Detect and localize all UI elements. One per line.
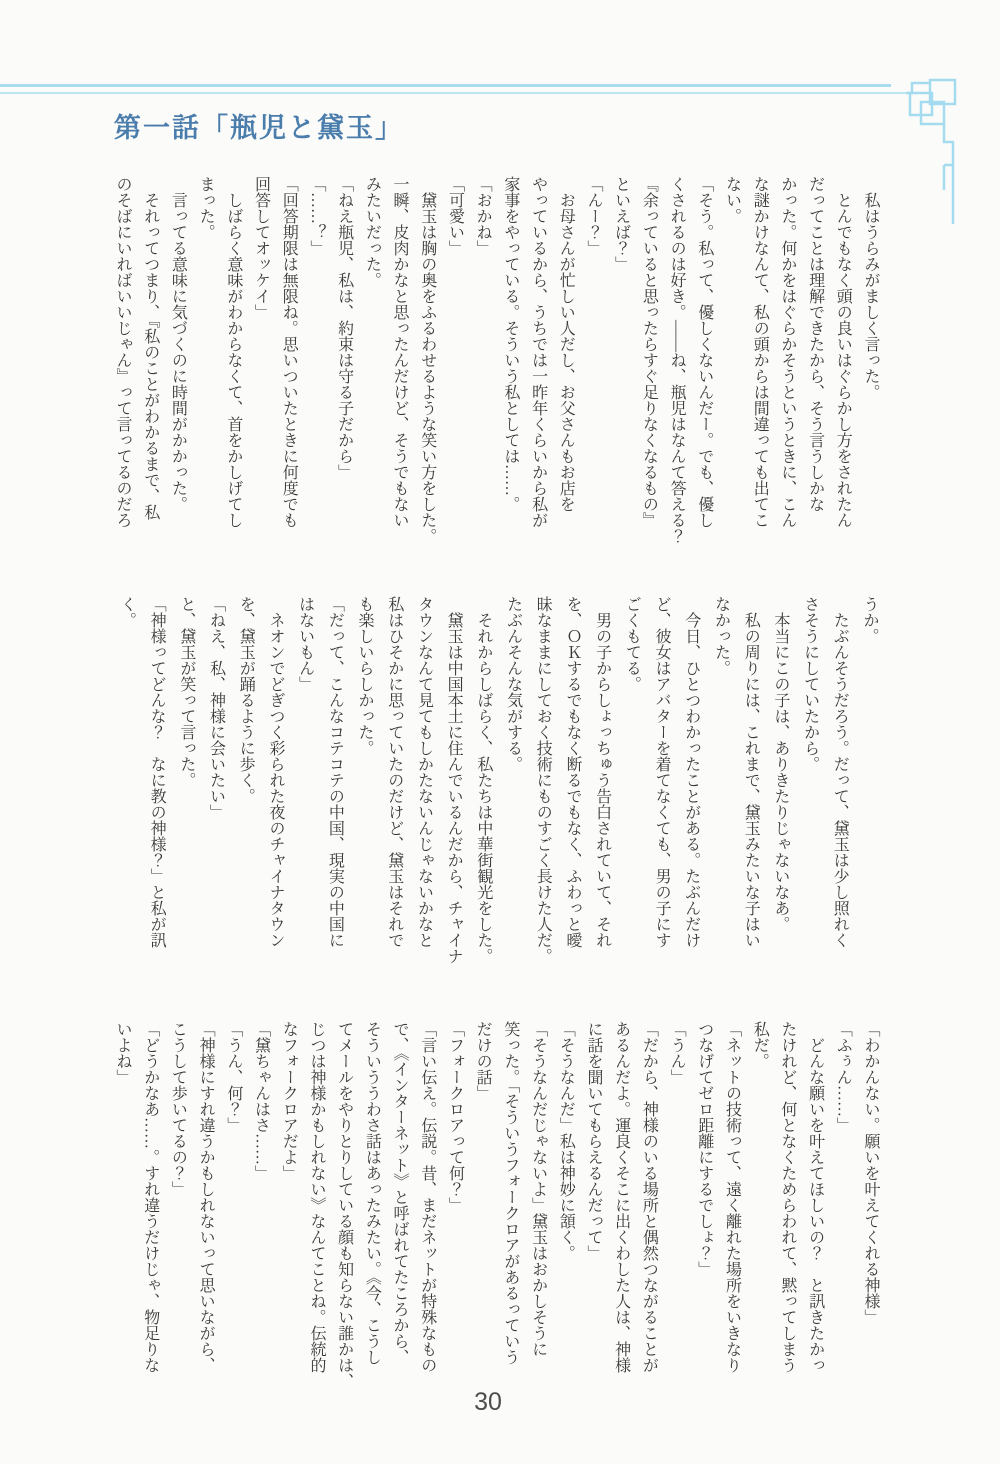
text-line: とんでもなく頭の良いはぐらかし方をされたん — [829, 176, 857, 552]
text-line: どんな願いを叶えてほしいの？ と訊きたかっ — [801, 1021, 829, 1397]
text-line: 「フォークロアって何？」 — [441, 1021, 469, 1397]
text-line: 「ねえ、私、神様に会いたい」 — [201, 596, 231, 972]
text-line: 「そうなんだ」私は神妙に頷く。 — [552, 1021, 580, 1397]
text-line: ない。 — [718, 176, 746, 552]
text-line: ごくもてる。 — [617, 596, 647, 972]
text-line: しばらく意味がわからなくて、首をかしげてし — [219, 176, 247, 552]
text-line: それからしばらく、私たちは中華街観光をした。 — [468, 596, 498, 972]
text-line: ど、彼女はアバターを着てなくても、男の子にす — [646, 596, 676, 972]
text-line: だけの話」 — [468, 1021, 496, 1397]
text-line: お母さんが忙しい人だし、お父さんもお店を — [552, 176, 580, 552]
page-number: 30 — [448, 1388, 528, 1417]
text-line: たけれど、何となくためらわれて、黙ってしまう — [773, 1021, 801, 1397]
text-line: だってことは理解できたから、そう言うしかな — [801, 176, 829, 552]
text-line: 「言い伝え。伝説。昔、まだネットが特殊なもの — [413, 1021, 441, 1397]
text-line: たぶんそんな気がする。 — [498, 596, 528, 972]
text-line: たぶんそうだろう。だって、黛玉は少し照れく — [825, 596, 855, 972]
text-line: に話を聞いてもらえるんだって」 — [579, 1021, 607, 1397]
text-line: なかった。 — [706, 596, 736, 972]
text-line: 家事をやっている。そういう私としては……。 — [496, 176, 524, 552]
text-line: 私はうらみがましく言った。 — [856, 176, 884, 552]
text-line: それってつまり、『私のことがわかるまで、私 — [136, 176, 164, 552]
text-line: で、《インターネット》と呼ばれてたころから、 — [385, 1021, 413, 1397]
text-line: を、黛玉が踊るように歩く。 — [231, 596, 261, 972]
text-line: 「だから、神様のいる場所と偶然つながることが — [635, 1021, 663, 1397]
text-line: な謎かけなんて、私の頭からは間違っても出てこ — [745, 176, 773, 552]
text-line: タウンなんて見てもしかたないんじゃないかなと — [409, 596, 439, 972]
text-line: 回答してオッケイ」 — [247, 176, 275, 552]
text-line: も楽しいらしかった。 — [349, 596, 379, 972]
text-line: 言ってる意味に気づくのに時間がかかった。 — [164, 176, 192, 552]
text-line: 「そうなんだじゃないよ」黛玉はおかしそうに — [524, 1021, 552, 1397]
text-line: 「回答期限は無限ね。思いついたときに何度でも — [275, 176, 303, 552]
book-page: 第一話「瓶児と黛玉」 私はうらみがましく言った。 とんでもなく頭の良いはぐらかし… — [0, 0, 1000, 1464]
text-line: つなげてゼロ距離にするでしょ？」 — [690, 1021, 718, 1397]
text-line: 「黛ちゃんはさ……」 — [247, 1021, 275, 1397]
text-line: 「そう。私って、優しくないんだー。でも、優し — [690, 176, 718, 552]
text-line: やっているから、うちでは一昨年くらいから私が — [524, 176, 552, 552]
text-block-1: 私はうらみがましく言った。 とんでもなく頭の良いはぐらかし方をされたんだってこと… — [108, 176, 884, 552]
text-line: 「だって、こんなコテコテの中国、現実の中国に — [320, 596, 350, 972]
text-line: 「んー？」 — [579, 176, 607, 552]
text-line: ネオンでどぎつく彩られた夜のチャイナタウン — [260, 596, 290, 972]
top-border-line-lower — [0, 92, 908, 94]
text-line: 私はひそかに思っていたのだけど、黛玉はそれで — [379, 596, 409, 972]
text-block-2: うか。 たぶんそうだろう。だって、黛玉は少し照れくさそうにしていたから。 本当に… — [112, 596, 884, 972]
text-line: あるんだよ。運良くそこに出くわした人は、神様 — [607, 1021, 635, 1397]
text-line: 「わかんない。願いを叶えてくれる神様」 — [856, 1021, 884, 1397]
text-line: く。 — [112, 596, 142, 972]
text-line: 「神様にすれ違うかもしれないって思いながら、 — [191, 1021, 219, 1397]
text-line: 「……？」 — [302, 176, 330, 552]
text-line: くされるのは好き。――ね、瓶児はなんて答える？ — [662, 176, 690, 552]
text-line: そういううわさ話はあったみたい。《今、こうし — [358, 1021, 386, 1397]
text-line: 本当にこの子は、ありきたりじゃないなあ。 — [765, 596, 795, 972]
text-line: みたいだった。 — [358, 176, 386, 552]
corner-ornament-icon — [900, 60, 975, 235]
text-line: 「おかね」 — [468, 176, 496, 552]
text-line: 昧なままにしておく技術にものすごく長けた人だ。 — [528, 596, 558, 972]
text-line: のそばにいればいいじゃん』って言ってるのだろ — [108, 176, 136, 552]
text-line: 「可愛い」 — [441, 176, 469, 552]
text-line: こうして歩いてるの？」 — [164, 1021, 192, 1397]
text-line: を、ＯＫするでもなく断るでもなく、ふわっと曖 — [557, 596, 587, 972]
text-line: まった。 — [191, 176, 219, 552]
text-line: 「どうかなあ……。すれ違うだけじゃ、物足りな — [136, 1021, 164, 1397]
text-line: 「ネットの技術って、遠く離れた場所をいきなり — [718, 1021, 746, 1397]
text-line: 男の子からしょっちゅう告白されていて、それ — [587, 596, 617, 972]
text-line: 笑った。「そういうフォークロアがあるっていう — [496, 1021, 524, 1397]
text-line: 「ふぅん……」 — [829, 1021, 857, 1397]
text-line: 黛玉は胸の奥をふるわせるような笑い方をした。 — [413, 176, 441, 552]
text-block-3: 「わかんない。願いを叶えてくれる神様」「ふぅん……」 どんな願いを叶えてほしいの… — [108, 1021, 884, 1397]
text-line: 「ねえ瓶児、私は、約束は守る子だから」 — [330, 176, 358, 552]
top-border-line-upper — [0, 84, 891, 87]
text-line: うか。 — [854, 596, 884, 972]
text-line: 「神様ってどんな？ なに教の神様？」と私が訊 — [141, 596, 171, 972]
text-line: 一瞬、皮肉かなと思ったんだけど、そうでもない — [385, 176, 413, 552]
text-line: かった。何かをはぐらかそうというときに、こん — [773, 176, 801, 552]
text-line: 私の周りには、これまで、黛玉みたいな子はい — [735, 596, 765, 972]
text-line: はないもん」 — [290, 596, 320, 972]
text-line: 今日、ひとつわかったことがある。たぶんだけ — [676, 596, 706, 972]
text-line: じつは神様かもしれない》なんてことね。伝統的 — [302, 1021, 330, 1397]
text-line: なフォークロアだよ」 — [275, 1021, 303, 1397]
text-line: 黛玉は中国本土に住んでいるんだから、チャイナ — [438, 596, 468, 972]
text-line: てメールをやりとりしている顔も知らない誰かは、 — [330, 1021, 358, 1397]
text-line: 「うん、何？」 — [219, 1021, 247, 1397]
text-line: 私だ。 — [745, 1021, 773, 1397]
text-line: 「うん」 — [662, 1021, 690, 1397]
chapter-title: 第一話「瓶児と黛玉」 — [114, 106, 404, 145]
text-line: いよね」 — [108, 1021, 136, 1397]
text-line: と、黛玉が笑って言った。 — [171, 596, 201, 972]
text-line: 『余っていると思ったらすぐ足りなくなるもの』 — [635, 176, 663, 552]
text-line: さそうにしていたから。 — [795, 596, 825, 972]
text-line: といえば？」 — [607, 176, 635, 552]
